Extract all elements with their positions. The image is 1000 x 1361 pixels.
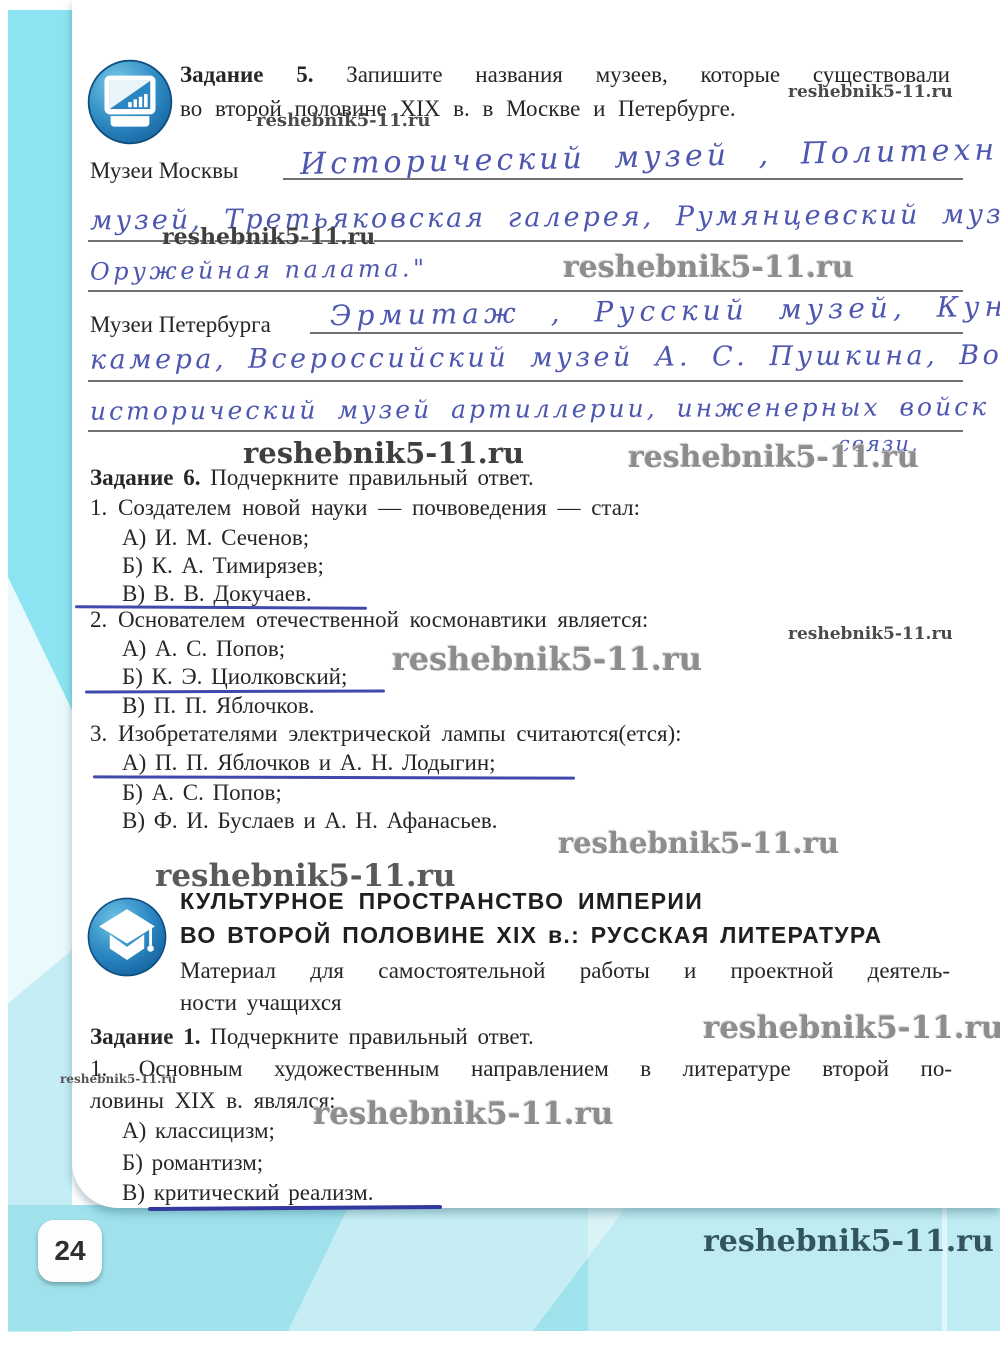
watermark: reshebnik5-11.ru xyxy=(558,826,839,860)
section-heading-line2: ВО ВТОРОЙ ПОЛОВИНЕ XIX в.: РУССКАЯ ЛИТЕР… xyxy=(180,922,882,949)
watermark: reshebnik5-11.ru xyxy=(155,858,455,894)
watermark: reshebnik5-11.ru xyxy=(788,82,953,102)
watermark: reshebnik5-11.ru xyxy=(256,110,430,131)
monitor-chart-icon xyxy=(86,58,174,146)
task1-question-line2: ловины XIX в. являлся: xyxy=(90,1086,336,1116)
task6-q3-option-a: А) П. П. Яблочков и А. Н. Лодыгин; xyxy=(122,748,496,778)
petersburg-museums-label: Музеи Петербурга xyxy=(90,310,271,340)
answer-rule xyxy=(88,430,963,432)
handwritten-answer-line: исторический музей артиллерии, инженерны… xyxy=(90,391,1000,425)
task1-question-line1: 1. Основным художественным направлением … xyxy=(90,1054,952,1084)
watermark: reshebnik5-11.ru xyxy=(313,1096,613,1132)
section-subtitle-line2: ности учащихся xyxy=(180,988,342,1018)
watermark: reshebnik5-11.ru xyxy=(162,224,375,250)
task1-option-b: Б) романтизм; xyxy=(122,1148,263,1178)
task6-question-1: 1. Создателем новой науки — почвоведения… xyxy=(90,493,640,523)
watermark: reshebnik5-11.ru xyxy=(703,1224,994,1259)
watermark: reshebnik5-11.ru xyxy=(563,250,854,285)
task1-title: Задание 1. xyxy=(90,1024,201,1049)
section-subtitle-line1: Материал для самостоятельной работы и пр… xyxy=(180,956,950,986)
task1-option-v: В) критический реализм. xyxy=(122,1178,373,1208)
task6-q3-option-b: Б) А. С. Попов; xyxy=(122,778,282,808)
page-number-tab: 24 xyxy=(38,1220,102,1282)
left-band-cyan-top xyxy=(8,10,72,710)
answer-rule xyxy=(88,380,963,382)
page-number: 24 xyxy=(54,1235,85,1267)
left-color-band xyxy=(8,10,72,1332)
answer-rule xyxy=(310,332,963,334)
task6-q2-option-v: В) П. П. Яблочков. xyxy=(122,691,315,721)
task6-q2-option-b: Б) К. Э. Циолковский; xyxy=(122,662,347,692)
task6-q3-option-v: В) Ф. И. Буслаев и А. Н. Афанасьев. xyxy=(122,806,498,836)
handwritten-answer-line: Оружейная палата." xyxy=(90,254,428,286)
workbook-page: { "page": { "number": "24" }, "watermark… xyxy=(0,0,1000,1361)
handwritten-answer-line: камера, Всероссийский музей А. С. Пушкин… xyxy=(90,339,1000,375)
task6-q1-option-a: А) И. М. Сеченов; xyxy=(122,523,309,553)
graduation-cap-icon xyxy=(86,896,168,978)
task6-title: Задание 6. xyxy=(90,465,201,490)
task1-option-a: А) классицизм; xyxy=(122,1116,275,1146)
watermark: reshebnik5-11.ru xyxy=(60,1072,176,1086)
task6-question-2: 2. Основателем отечественной космонавтик… xyxy=(90,605,648,635)
task6-question-3: 3. Изобретателями электрической лампы сч… xyxy=(90,719,682,749)
bottom-band-light-shape xyxy=(288,1205,628,1331)
watermark: reshebnik5-11.ru xyxy=(392,640,702,678)
watermark: reshebnik5-11.ru xyxy=(243,436,524,470)
task1-header: Задание 1. Подчеркните правильный ответ. xyxy=(90,1022,534,1052)
moscow-museums-label: Музеи Москвы xyxy=(90,156,238,186)
task5-title: Задание 5. xyxy=(180,62,313,87)
watermark: reshebnik5-11.ru xyxy=(703,1010,1000,1046)
watermark: reshebnik5-11.ru xyxy=(788,624,953,644)
watermark: reshebnik5-11.ru xyxy=(628,440,919,475)
task6-q1-option-b: Б) К. А. Тимирязев; xyxy=(122,551,324,581)
task6-q2-option-a: А) А. С. Попов; xyxy=(122,634,285,664)
